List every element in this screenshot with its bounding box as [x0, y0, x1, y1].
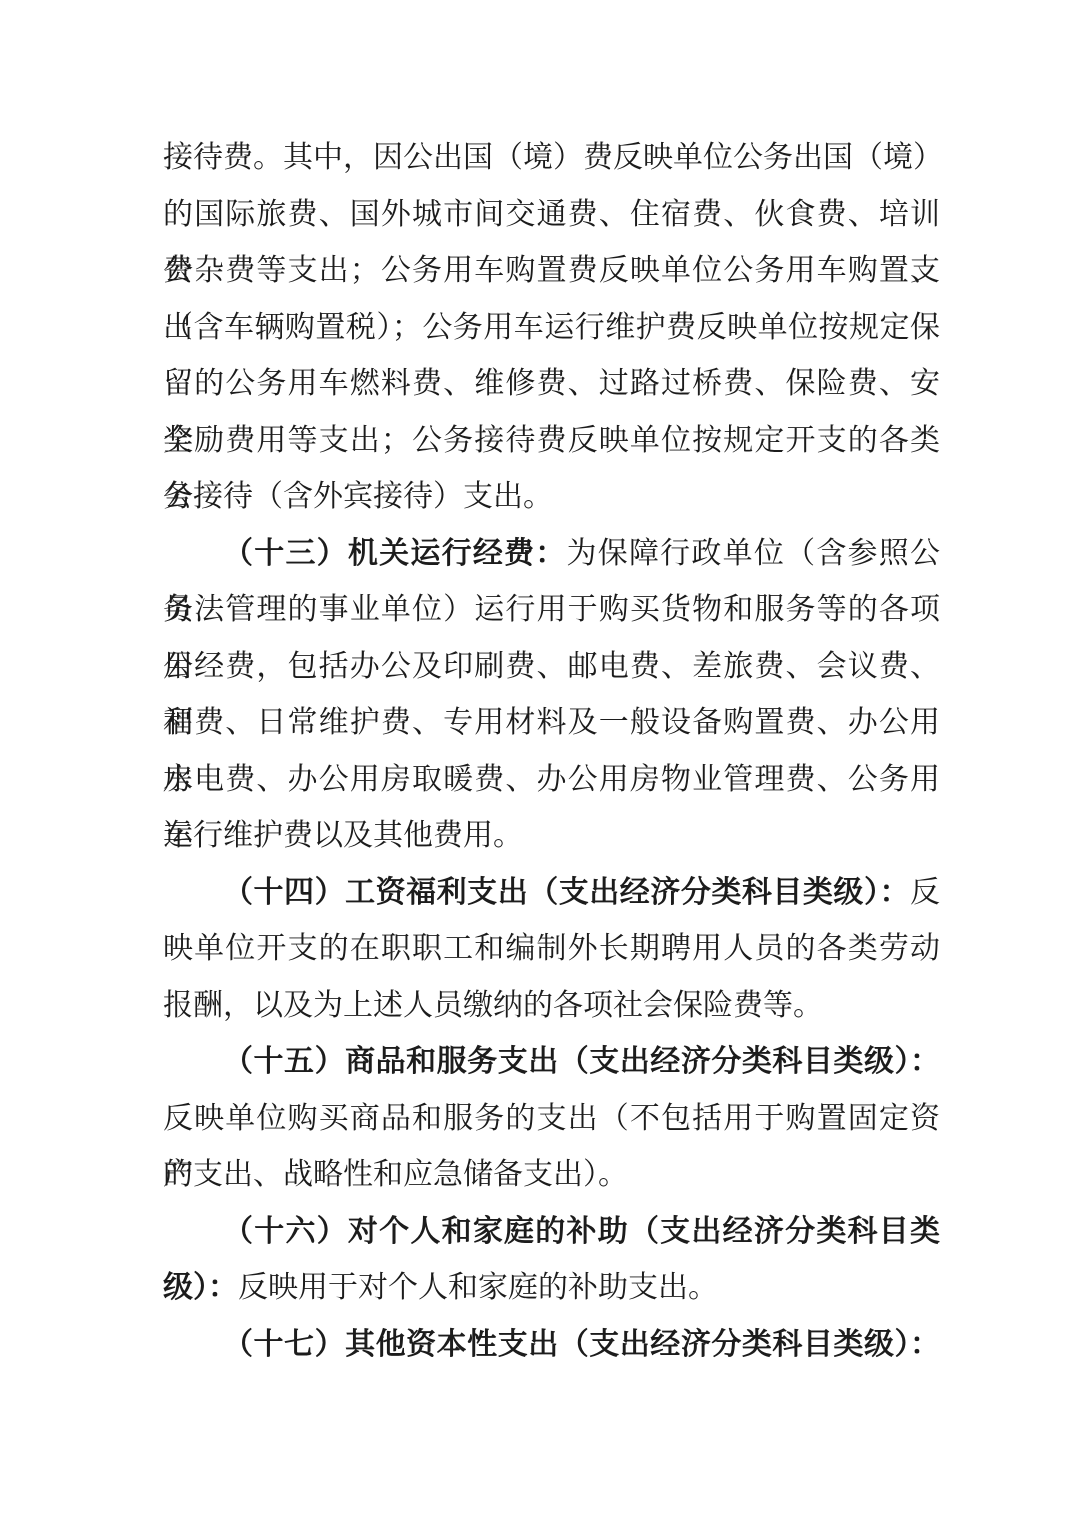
text-line: （十三）机关运行经费：为保障行政单位（含参照公务	[163, 526, 940, 583]
text-line: 水电费、办公用房取暖费、办公用房物业管理费、公务用车	[163, 752, 940, 809]
text-line: 利费、日常维护费、专用材料及一般设备购置费、办公用房	[163, 695, 940, 752]
heading-run: （十七）其他资本性支出（支出经济分类科目类级）：	[223, 1328, 940, 1361]
text-line: 级）：反映用于对个人和家庭的补助支出。	[163, 1260, 940, 1317]
body-run: 反映用于对个人和家庭的补助支出。	[238, 1271, 718, 1304]
text-line: 留的公务用车燃料费、维修费、过路过桥费、保险费、安全	[163, 356, 940, 413]
text-line: 反映单位购买商品和服务的支出（不包括用于购置固定资产	[163, 1091, 940, 1148]
text-line: 奖励费用等支出；公务接待费反映单位按规定开支的各类公	[163, 413, 940, 470]
text-line: （含车辆购置税）；公务用车运行维护费反映单位按规定保	[163, 300, 940, 357]
text-line: 运行维护费以及其他费用。	[163, 808, 940, 865]
body-run: 务接待（含外宾接待）支出。	[163, 480, 553, 513]
heading-run: （十六）对个人和家庭的补助（支出经济分类科目类	[223, 1215, 940, 1248]
text-line: （十四）工资福利支出（支出经济分类科目类级）：反	[163, 865, 940, 922]
text-line: （十五）商品和服务支出（支出经济分类科目类级）：	[163, 1034, 940, 1091]
text-line: （十六）对个人和家庭的补助（支出经济分类科目类	[163, 1204, 940, 1261]
document-page: 接待费。其中，因公出国（境）费反映单位公务出国（境）的国际旅费、国外城市间交通费…	[0, 0, 1074, 1520]
heading-run: （十五）商品和服务支出（支出经济分类科目类级）：	[223, 1045, 940, 1078]
text-line: 的支出、战略性和应急储备支出）。	[163, 1147, 940, 1204]
body-run: 的支出、战略性和应急储备支出）。	[163, 1158, 628, 1191]
text-line: 公杂费等支出；公务用车购置费反映单位公务用车购置支出	[163, 243, 940, 300]
text-line: 务接待（含外宾接待）支出。	[163, 469, 940, 526]
text-line: （十七）其他资本性支出（支出经济分类科目类级）：	[163, 1317, 940, 1374]
body-run: 映单位开支的在职职工和编制外长期聘用人员的各类劳动	[163, 932, 940, 965]
body-run: 接待费。其中，因公出国（境）费反映单位公务出国（境）	[163, 141, 943, 174]
body-run: 运行维护费以及其他费用。	[163, 819, 523, 852]
text-line: 的国际旅费、国外城市间交通费、住宿费、伙食费、培训费、	[163, 187, 940, 244]
heading-run: （十四）工资福利支出（支出经济分类科目类级）：	[223, 876, 910, 909]
text-line: 报酬，以及为上述人员缴纳的各项社会保险费等。	[163, 978, 940, 1035]
heading-run: （十三）机关运行经费：	[223, 537, 567, 570]
document-body: 接待费。其中，因公出国（境）费反映单位公务出国（境）的国际旅费、国外城市间交通费…	[163, 130, 940, 1373]
text-line: 用经费，包括办公及印刷费、邮电费、差旅费、会议费、福	[163, 639, 940, 696]
heading-run: 级）：	[163, 1271, 238, 1304]
body-run: 报酬，以及为上述人员缴纳的各项社会保险费等。	[163, 989, 823, 1022]
text-line: 员法管理的事业单位）运行用于购买货物和服务等的各项公	[163, 582, 940, 639]
body-run: （含车辆购置税）；公务用车运行维护费反映单位按规定保	[163, 311, 940, 344]
body-run: 反	[910, 876, 940, 909]
text-line: 接待费。其中，因公出国（境）费反映单位公务出国（境）	[163, 130, 940, 187]
text-line: 映单位开支的在职职工和编制外长期聘用人员的各类劳动	[163, 921, 940, 978]
